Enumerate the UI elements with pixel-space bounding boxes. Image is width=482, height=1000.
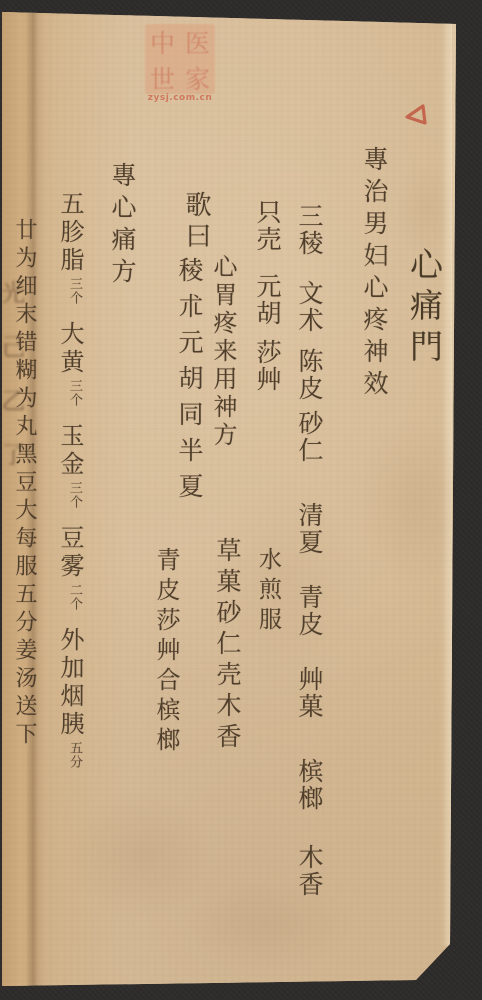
herb-dose: 二个 — [67, 583, 82, 611]
watermark-url: zysj.com.cn — [143, 93, 217, 103]
preparation-note: 水煎服 — [252, 547, 285, 637]
herb-name: 木香 — [295, 844, 324, 898]
page-edge-highlight — [440, 22, 452, 946]
herb-name: 五胗脂 — [56, 191, 84, 275]
recipe2-herbs-column: 五胗脂三个大黄三个玉金三个豆雾二个外加烟胰五分 — [53, 191, 88, 785]
photo-background: 中 医 世 家 zysj.com.cn 光己乙了 心痛門 專治男妇心疼神效 三稜… — [0, 0, 482, 1000]
herb-name: 外加烟胰 — [56, 627, 84, 739]
song-line-4: 青皮莎艸合槟榔 — [149, 547, 184, 757]
herb-name: 砂仁 — [295, 410, 324, 464]
herb-name: 只売 — [253, 199, 282, 253]
herb-dose: 三个 — [67, 481, 82, 509]
manuscript-page: 中 医 世 家 zysj.com.cn 光己乙了 心痛門 專治男妇心疼神效 三稜… — [0, 0, 482, 1000]
herb-dose: 三个 — [67, 277, 82, 305]
section-title: 心痛門 — [401, 247, 448, 370]
herb-name: 豆雾 — [56, 525, 84, 581]
herb-name: 莎艸 — [253, 339, 282, 393]
song-line-3: 草菓砂仁壳木香 — [209, 537, 245, 754]
seal-char: 医 — [185, 24, 210, 60]
herb-dose: 五分 — [67, 741, 82, 769]
herb-name: 青皮 — [295, 584, 324, 638]
recipe2-title: 專心痛方 — [104, 162, 140, 290]
herb-name: 大黄 — [56, 321, 84, 377]
seal-char: 中 — [150, 24, 175, 60]
herb-name: 玉金 — [56, 423, 84, 479]
paper-stain — [150, 860, 390, 990]
herb-name: 文术 — [295, 280, 324, 334]
song-header: 歌曰 — [178, 191, 215, 253]
herb-name: 槟榔 — [295, 758, 324, 812]
herb-dose: 三个 — [67, 379, 82, 407]
seal-char: 家 — [185, 60, 210, 96]
watermark-seal: 中 医 世 家 — [145, 24, 215, 94]
herbs-column-2: 只売元胡莎艸 — [249, 199, 285, 393]
red-triangle-icon — [402, 102, 430, 134]
song-line-2: 稜朮元胡同半夏 — [171, 257, 207, 509]
indication-column: 專治男妇心疼神效 — [356, 146, 392, 402]
herb-name: 清夏 — [295, 502, 324, 556]
paper-stain — [40, 760, 240, 950]
seal-char: 世 — [150, 60, 175, 96]
herbs-column-1: 三稜文术陈皮砂仁清夏青皮艸菓槟榔木香 — [291, 203, 327, 898]
herb-name: 元胡 — [253, 273, 282, 327]
paper-stain — [330, 380, 482, 620]
herb-name: 陈皮 — [295, 348, 324, 402]
directions-column: 廿为细末错糊为丸黑豆大每服五分姜汤送下 — [9, 218, 40, 750]
herb-name: 三稜 — [295, 203, 324, 257]
song-line-1: 心胃疼来用神方 — [206, 254, 241, 450]
herb-name: 艸菓 — [295, 666, 324, 720]
